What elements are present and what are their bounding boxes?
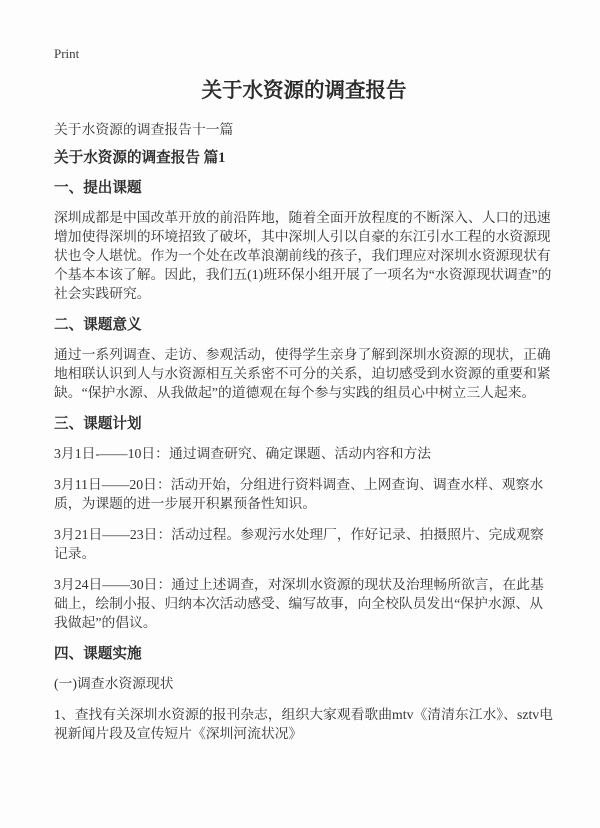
paragraph-implementation-item-1: 1、查找有关深圳水资源的报刊杂志，组织大家观看歌曲mtv《清清东江水》、sztv…	[54, 705, 554, 743]
section-heading-topic-significance: 二、课题意义	[54, 315, 554, 335]
section-heading-topic-plan: 三、课题计划	[54, 414, 554, 434]
paragraph-topic-proposal: 深圳成都是中国改革开放的前沿阵地，随着全面开放程度的不断深入、人口的迅速增加使得…	[54, 208, 554, 303]
section-heading-topic-proposal: 一、提出课题	[54, 178, 554, 198]
section-heading-pian1: 关于水资源的调查报告 篇1	[54, 148, 554, 168]
paragraph-topic-significance: 通过一系列调查、走访、参观活动，使得学生亲身了解到深圳水资源的现状，正确地相联认…	[54, 345, 554, 402]
paragraph-survey-status: (一)调查水资源现状	[54, 674, 554, 693]
document-subtitle: 关于水资源的调查报告十一篇	[54, 120, 554, 139]
document-title: 关于水资源的调查报告	[54, 79, 554, 103]
paragraph-plan-phase-3: 3月21日——23日：活动过程。参观污水处理厂，作好记录、拍摄照片、完成观察记录…	[54, 525, 554, 563]
paragraph-plan-phase-4: 3月24日——30日：通过上述调查，对深圳水资源的现状及治理畅所欲言，在此基础上…	[54, 575, 554, 632]
document-page: Print 关于水资源的调查报告 关于水资源的调查报告十一篇 关于水资源的调查报…	[0, 0, 600, 828]
section-heading-topic-implementation: 四、课题实施	[54, 644, 554, 664]
print-button[interactable]: Print	[54, 46, 79, 61]
paragraph-plan-phase-1: 3月1日-——10日：通过调查研究、确定课题、活动内容和方法	[54, 444, 554, 463]
paragraph-plan-phase-2: 3月11日——20日：活动开始，分组进行资料调查、上网查询、调查水样、观察水质，…	[54, 475, 554, 513]
